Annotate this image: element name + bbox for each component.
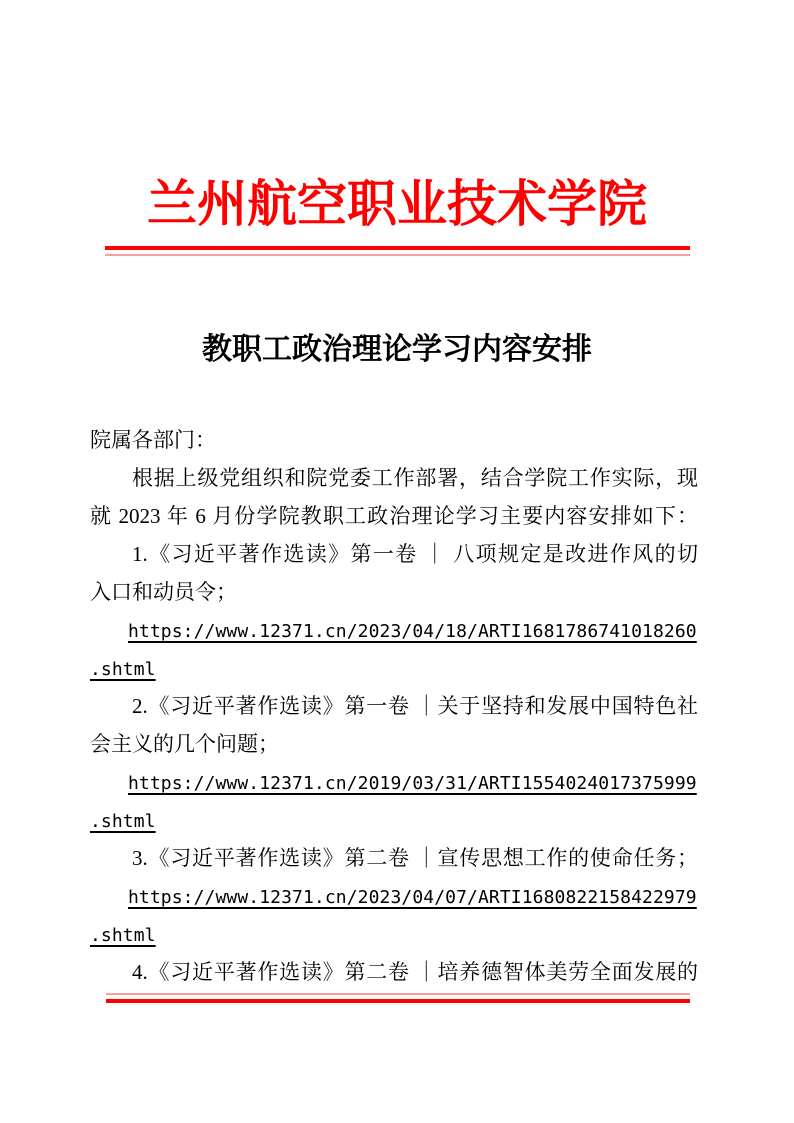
item-1-url-link[interactable]: https://www.12371.cn/2023/04/18/ARTI1681… [128,621,697,642]
footer-rule-thick [106,999,690,1003]
item-1-url-continuation-link[interactable]: .shtml [90,659,156,680]
item-2-title-line-2: 会主义的几个问题； [90,725,698,763]
item-3-url-row: https://www.12371.cn/2023/04/07/ARTI1680… [90,877,698,915]
item-3-url-link[interactable]: https://www.12371.cn/2023/04/07/ARTI1680… [128,887,697,908]
item-3-url-continuation-link[interactable]: .shtml [90,925,156,946]
item-3-url-continuation-row: .shtml [90,915,698,953]
item-1-url-continuation-row: .shtml [90,649,698,687]
intro-line-2: 就 2023 年 6 月份学院教职工政治理论学习主要内容安排如下： [90,497,698,535]
item-2-url-row: https://www.12371.cn/2019/03/31/ARTI1554… [90,763,698,801]
item-1-url-row: https://www.12371.cn/2023/04/18/ARTI1681… [90,611,698,649]
item-2-title-line-1: 2.《习近平著作选读》第一卷 ｜关于坚持和发展中国特色社 [90,687,698,725]
item-1-title-line-1: 1.《习近平著作选读》第一卷 ｜ 八项规定是改进作风的切 [90,535,698,573]
document-body: 院属各部门： 根据上级党组织和院党委工作部署，结合学院工作实际，现 就 2023… [90,421,698,991]
footer-rule-thin [106,993,690,995]
document-title: 教职工政治理论学习内容安排 [0,324,794,368]
document-page: 兰州航空职业技术学院 教职工政治理论学习内容安排 院属各部门： 根据上级党组织和… [0,0,794,1123]
letterhead-rule-thick [105,246,690,250]
item-2-url-link[interactable]: https://www.12371.cn/2019/03/31/ARTI1554… [128,773,697,794]
letterhead-rule-thin [105,254,690,256]
letterhead-school-name: 兰州航空职业技术学院 [0,176,794,234]
intro-line-1: 根据上级党组织和院党委工作部署，结合学院工作实际，现 [90,459,698,497]
salutation: 院属各部门： [90,421,698,459]
item-1-title-line-2: 入口和动员令； [90,573,698,611]
item-4-title-line-1: 4.《习近平著作选读》第二卷 ｜培养德智体美劳全面发展的 [90,953,698,991]
item-2-url-continuation-link[interactable]: .shtml [90,811,156,832]
item-3-title-line-1: 3.《习近平著作选读》第二卷 ｜宣传思想工作的使命任务； [90,839,698,877]
item-2-url-continuation-row: .shtml [90,801,698,839]
